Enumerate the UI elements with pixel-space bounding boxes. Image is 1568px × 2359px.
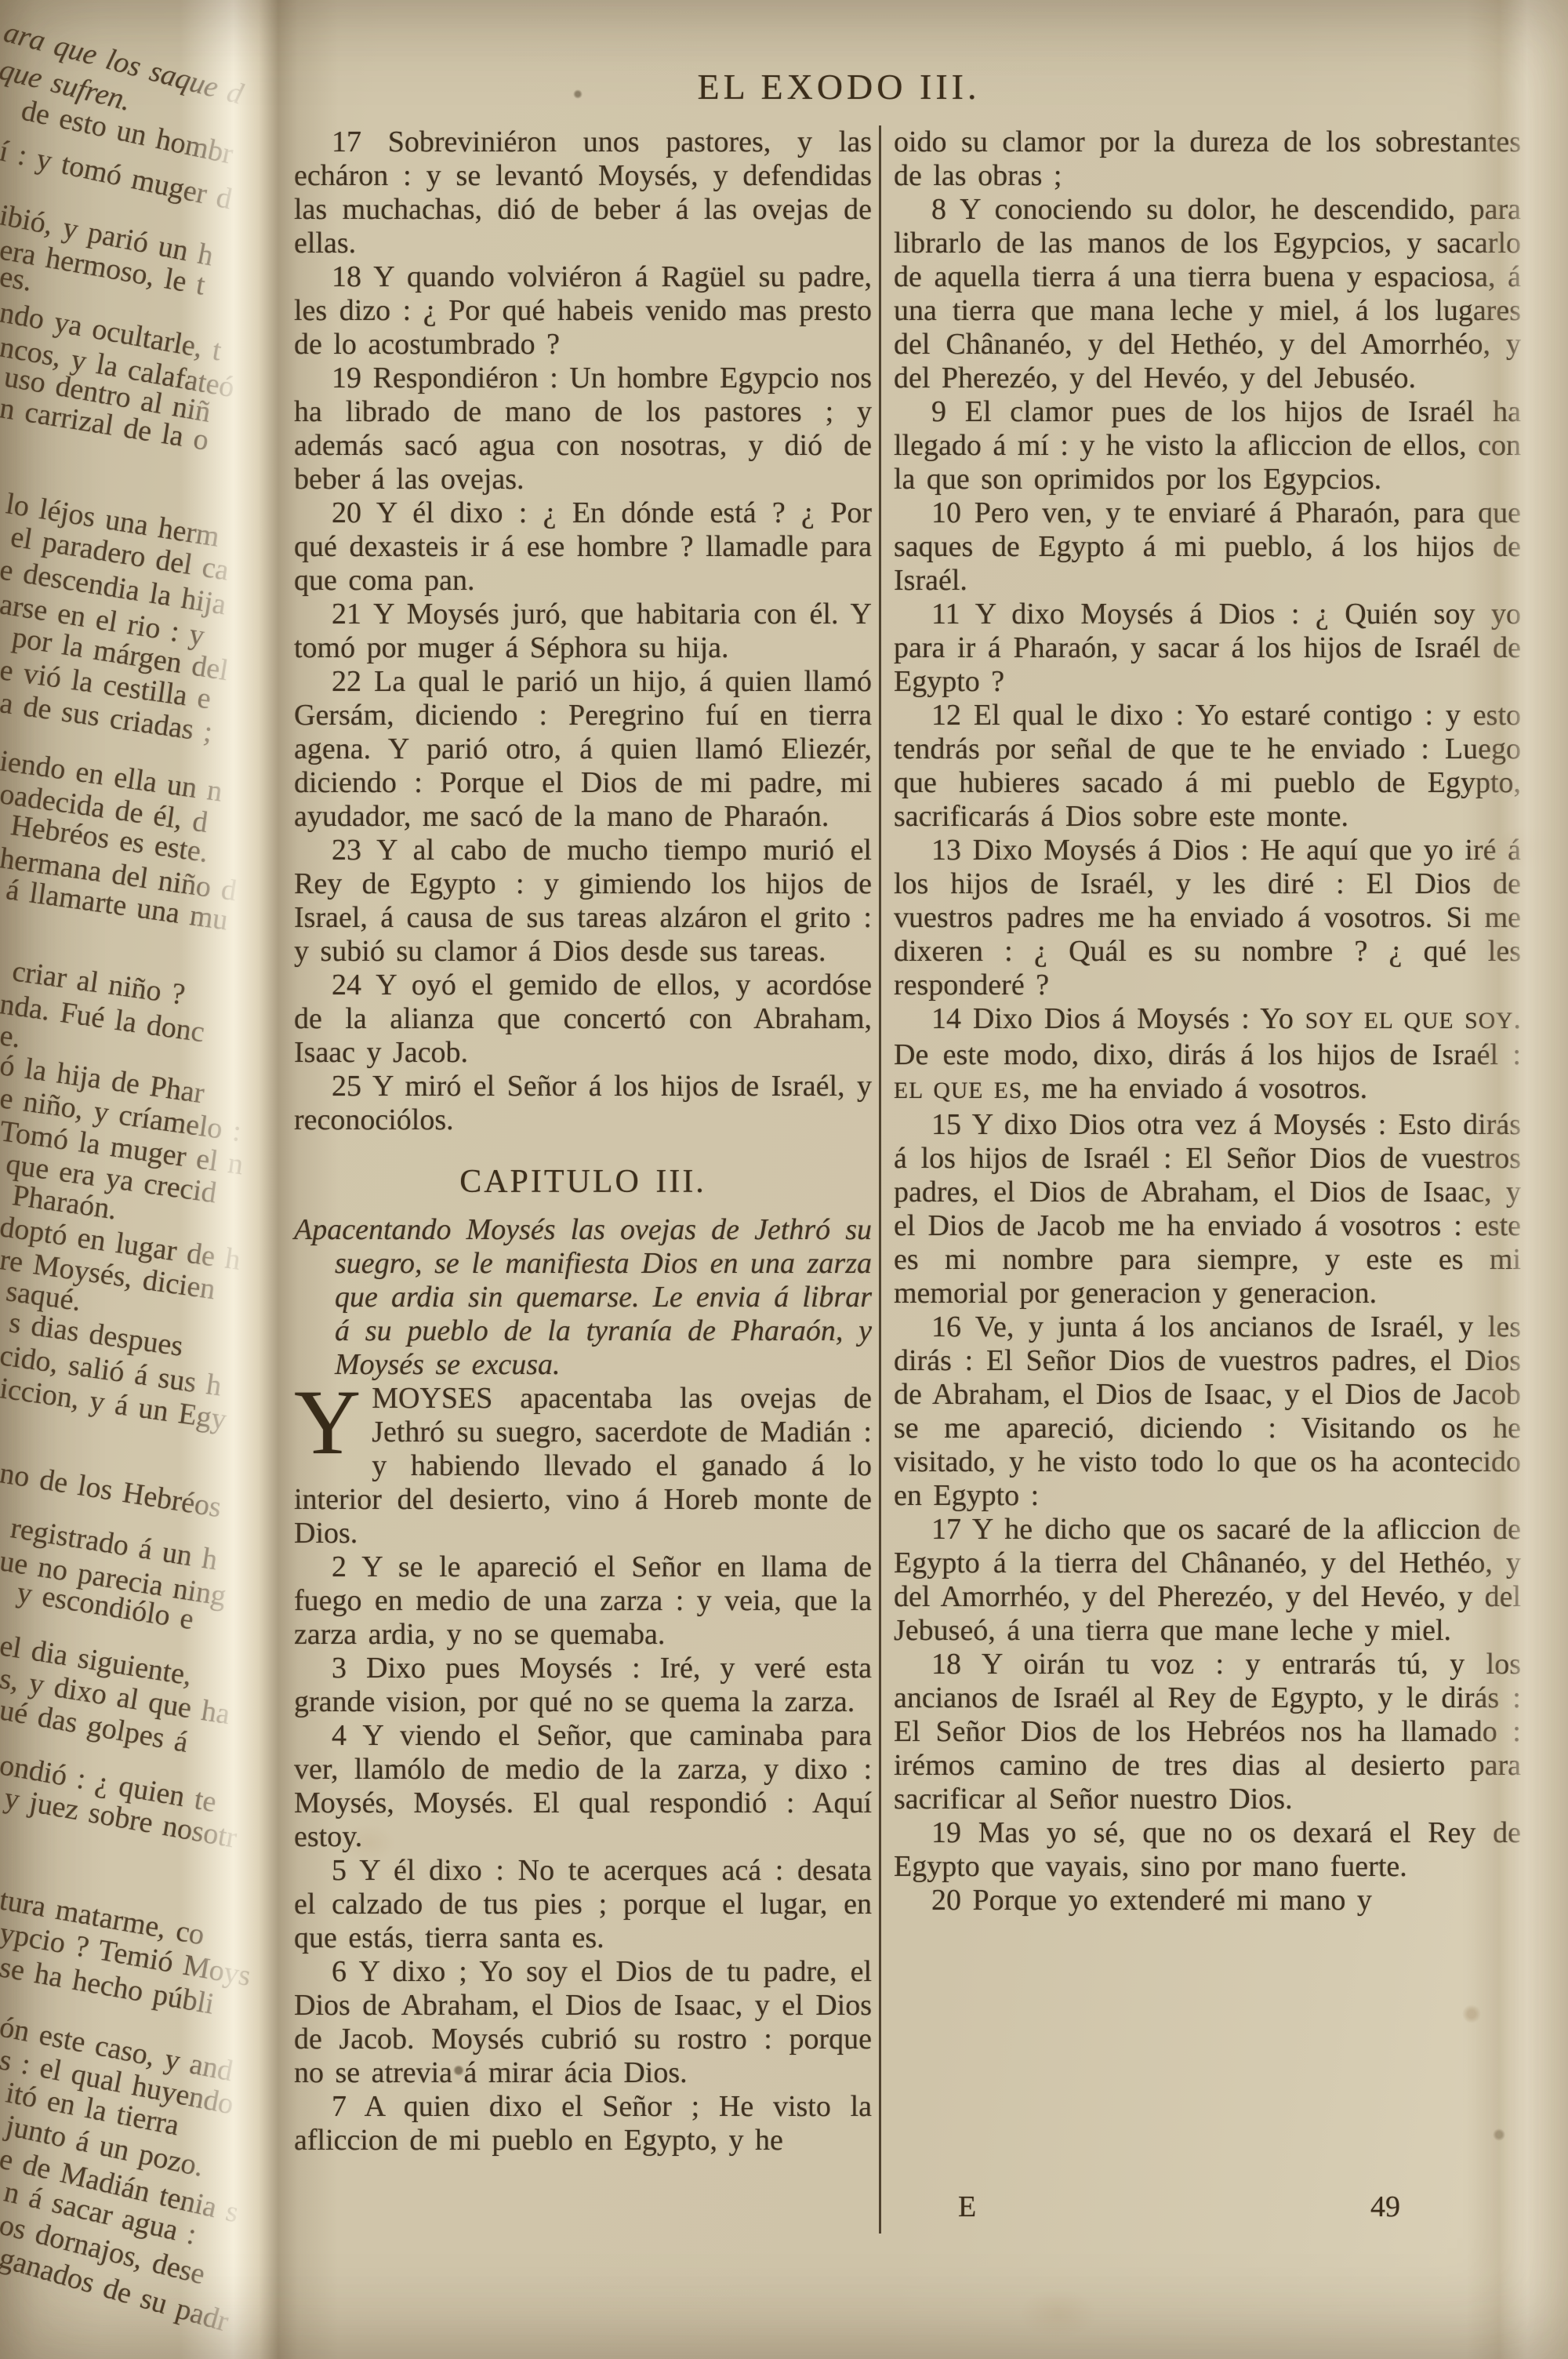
running-header: EL EXODO III.: [294, 66, 1384, 107]
small-caps-text: SOY EL QUE SOY: [1305, 1009, 1514, 1034]
page-number: 49: [1370, 2190, 1400, 2224]
right-column: oido su clamor por la dureza de los sobr…: [894, 125, 1521, 1917]
drop-cap: Y: [294, 1382, 372, 1457]
verse-paragraph: 19 Respondiéron : Un hombre Egypcio nos …: [294, 362, 872, 496]
verse-paragraph: 3 Dixo pues Moysés : Iré, y veré esta gr…: [294, 1652, 872, 1719]
verse-paragraph: 5 Y él dixo : No te acerques acá : desat…: [294, 1854, 872, 1955]
verse-paragraph: 17 Sobreviniéron unos pastores, y las ec…: [294, 125, 872, 260]
verse-paragraph: 15 Y dixo Dios otra vez á Moysés : Esto …: [894, 1108, 1521, 1310]
signature-mark: E: [958, 2190, 976, 2224]
verse-paragraph: 24 Y oyó el gemido de ellos, y acordóse …: [294, 969, 872, 1070]
verse-paragraph: 13 Dixo Moysés á Dios : He aquí que yo i…: [894, 834, 1521, 1002]
verse-paragraph: 22 La qual le parió un hijo, á quien lla…: [294, 665, 872, 834]
chapter-summary: Apacentando Moysés las ovejas de Jethró …: [294, 1213, 872, 1382]
continuation-paragraph: oido su clamor por la dureza de los sobr…: [894, 125, 1521, 193]
left-column: 17 Sobreviniéron unos pastores, y las ec…: [294, 125, 872, 2157]
verse-paragraph: 8 Y conociendo su dolor, he descendido, …: [894, 193, 1521, 395]
verse-paragraph: 7 A quien dixo el Señor ; He visto la af…: [294, 2090, 872, 2157]
verse-paragraph: 6 Y dixo ; Yo soy el Dios de tu padre, e…: [294, 1955, 872, 2090]
verse-paragraph: 19 Mas yo sé, que no os dexará el Rey de…: [894, 1816, 1521, 1884]
book-page-scan: ara que los saque dque sufren.de esto un…: [0, 0, 1568, 2359]
chapter-heading: CAPITULO III.: [294, 1165, 872, 1199]
verse-paragraph: 20 Y él dixo : ¿ En dónde está ? ¿ Por q…: [294, 496, 872, 598]
verse-paragraph: 18 Y quando volviéron á Ragüel su padre,…: [294, 260, 872, 362]
verse-paragraph: 18 Y oirán tu voz : y entrarás tú, y los…: [894, 1648, 1521, 1816]
right-verses: oido su clamor por la dureza de los sobr…: [894, 125, 1521, 1917]
verse-paragraph: 4 Y viendo el Señor, que caminaba para v…: [294, 1719, 872, 1854]
verse-paragraph: 20 Porque yo extenderé mi mano y: [894, 1884, 1521, 1917]
verse-paragraph: 2 Y se le apareció el Señor en llama de …: [294, 1550, 872, 1652]
verse-paragraph: 11 Y dixo Moysés á Dios : ¿ Quién soy yo…: [894, 598, 1521, 699]
margin-fragment: es.: [0, 259, 34, 298]
previous-page-edge: ara que los saque dque sufren.de esto un…: [0, 0, 273, 2359]
opening-text: MOYSES apacentaba las ovejas de Jethró s…: [294, 1382, 872, 1550]
verse-paragraph: 17 Y he dicho que os sacaré de la aflicc…: [894, 1513, 1521, 1648]
left-verses-top: 17 Sobreviniéron unos pastores, y las ec…: [294, 125, 872, 1137]
verse-paragraph: 21 Y Moysés juró, que habitaria con él. …: [294, 598, 872, 665]
verse-paragraph: 16 Ve, y junta á los ancianos de Israél,…: [894, 1310, 1521, 1513]
verse-paragraph: 25 Y miró el Señor á los hijos de Israél…: [294, 1070, 872, 1137]
verse-paragraph: 23 Y al cabo de mucho tiempo murió el Re…: [294, 834, 872, 969]
verse-paragraph: 10 Pero ven, y te enviaré á Pharaón, par…: [894, 496, 1521, 598]
verse-paragraph: 14 Dixo Dios á Moysés : Yo SOY EL QUE SO…: [894, 1002, 1521, 1108]
verse-paragraph: 9 El clamor pues de los hijos de Israél …: [894, 395, 1521, 496]
column-divider-rule: [879, 125, 881, 2234]
verse-paragraph: 12 El qual le dixo : Yo estaré contigo :…: [894, 699, 1521, 834]
left-verses-bottom: 2 Y se le apareció el Señor en llama de …: [294, 1550, 872, 2157]
chapter-opening-paragraph: YMOYSES apacentaba las ovejas de Jethró …: [294, 1382, 872, 1550]
small-caps-text: EL QUE ES: [894, 1078, 1022, 1103]
